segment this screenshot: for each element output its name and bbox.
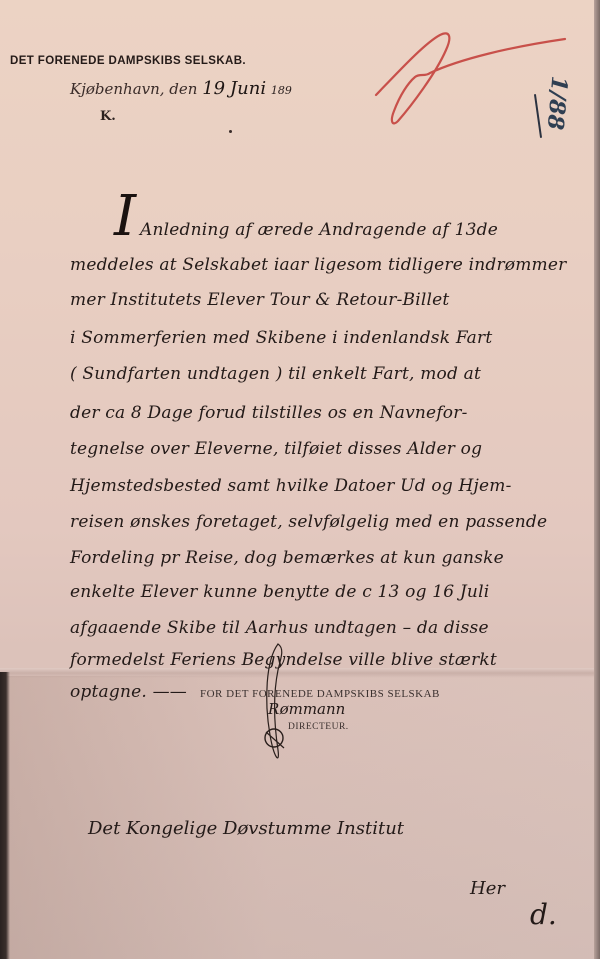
red-pencil-check-icon: [370, 25, 570, 135]
background-edge: [0, 672, 10, 959]
body-line: der ca 8 Dage forud tilstilles os en Nav…: [70, 403, 468, 423]
body-line: afgaaende Skibe til Aarhus undtagen – da…: [70, 618, 489, 638]
body-line: i Sommerferien med Skibene i indenlandsk…: [70, 328, 492, 348]
place-date-line: Kjøbenhavn, den 19 Juni 189: [70, 78, 292, 99]
month-handwritten: Juni: [230, 78, 266, 99]
body-line: tegnelse over Eleverne, tilføiet disses …: [70, 439, 482, 459]
page-edge: [594, 0, 600, 959]
body-line: Fordeling pr Reise, dog bemærkes at kun …: [70, 548, 504, 568]
signature: Rømmann: [268, 700, 345, 718]
addressee-name: Det Kongelige Døvstumme Institut: [88, 818, 404, 839]
letter-sheet: DET FORENEDE DAMPSKIBS SELSKAB. Kjøbenha…: [0, 0, 594, 959]
body-line: optagne. ——: [70, 682, 187, 702]
place-printed: Kjøbenhavn, den: [70, 80, 197, 98]
drop-initial: I: [114, 184, 136, 249]
body-line: enkelte Elever kunne benytte de c 13 og …: [70, 582, 489, 602]
blue-archive-number: 1/88: [542, 75, 573, 131]
body-line: reisen ønskes foretaget, selvfølgelig me…: [70, 512, 547, 532]
closing-company: FOR DET FORENEDE DAMPSKIBS SELSKAB: [200, 688, 440, 700]
body-line: Anledning af ærede Andragende af 13de: [140, 220, 498, 240]
ink-dot: [229, 130, 232, 133]
day-handwritten: 19: [202, 78, 225, 99]
addressee-line-2: Her: [470, 878, 505, 899]
body-line: mer Institutets Elever Tour & Retour-Bil…: [70, 290, 449, 310]
body-line: Hjemstedsbested samt hvilke Datoer Ud og…: [70, 476, 512, 496]
addressee-line-3: d.: [530, 898, 557, 931]
closing-title: DIRECTEUR.: [288, 722, 349, 732]
body-line: meddeles at Selskabet iaar ligesom tidli…: [70, 255, 566, 275]
letterhead: DET FORENEDE DAMPSKIBS SELSKAB.: [10, 55, 246, 67]
body-line: ( Sundfarten undtagen ) til enkelt Fart,…: [70, 364, 481, 384]
year-printed: 189: [271, 84, 292, 97]
reference-mark: K.: [100, 109, 116, 124]
